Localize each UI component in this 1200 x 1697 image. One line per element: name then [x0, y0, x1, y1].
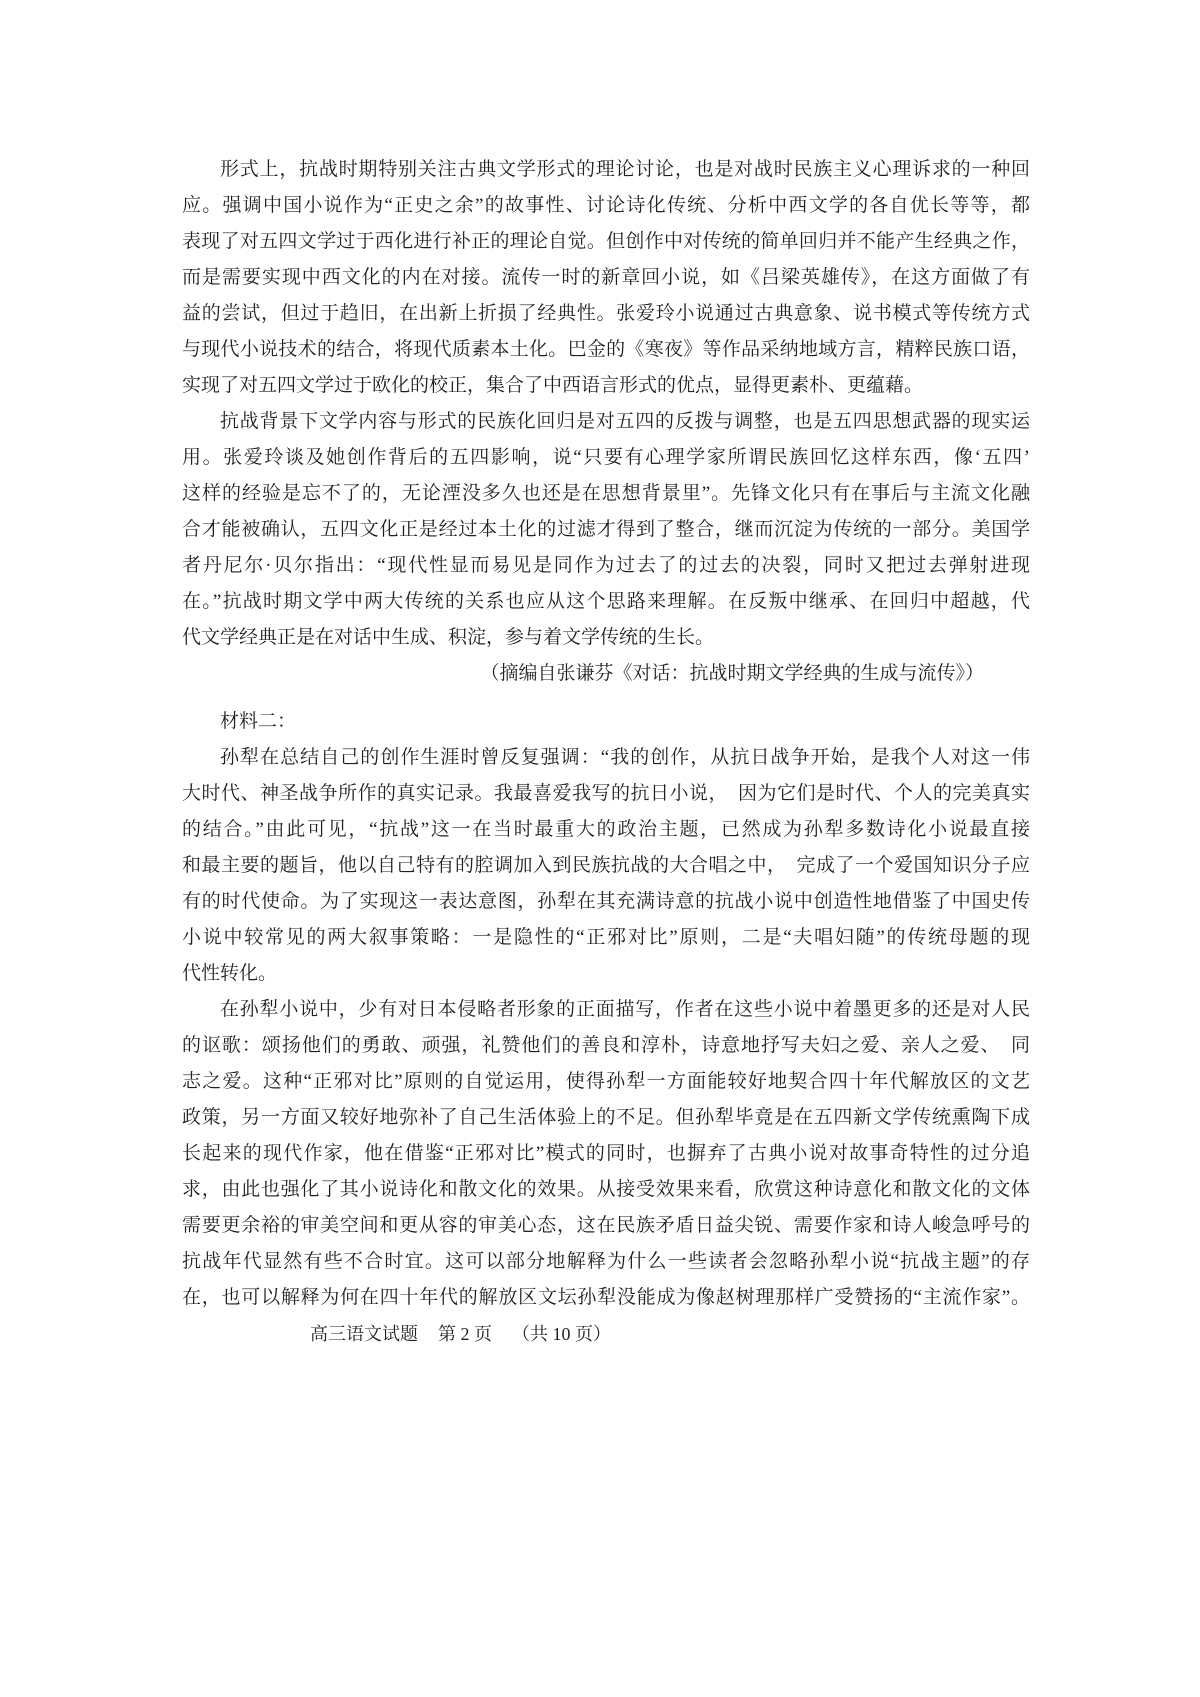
text-line: 实现了对五四文学过于欧化的校正，集合了中西语言形式的优点，显得更素朴、更蕴藉。: [182, 368, 1030, 404]
text-line: 求，由此也强化了其小说诗化和散文化的效果。从接受效果来看，欣赏这种诗意化和散文化…: [182, 1172, 1030, 1208]
text-line: 抗战年代显然有些不合时宜。这可以部分地解释为什么一些读者会忽略孙犁小说“抗战主题…: [182, 1244, 1030, 1280]
text-line: 和最主要的题旨，他以自己特有的腔调加入到民族抗战的大合唱之中， 完成了一个爱国知…: [182, 848, 1030, 884]
text-line: 志之爱。这种“正邪对比”原则的自觉运用，使得孙犁一方面能较好地契合四十年代解放区…: [182, 1064, 1030, 1100]
text-line: 大时代、神圣战争所作的真实记录。我最喜爱我写的抗日小说， 因为它们是时代、个人的…: [182, 776, 1030, 812]
text-line: 与现代小说技术的结合，将现代质素本土化。巴金的《寒夜》等作品采纳地域方言，精粹民…: [182, 332, 1030, 368]
document-body: 形式上，抗战时期特别关注古典文学形式的理论讨论，也是对战时民族主义心理诉求的一种…: [182, 152, 1030, 1316]
material-2-paragraph-2: 在孙犁小说中，少有对日本侵略者形象的正面描写，作者在这些小说中着墨更多的还是对人…: [182, 992, 1030, 1316]
text-line: 形式上，抗战时期特别关注古典文学形式的理论讨论，也是对战时民族主义心理诉求的一种…: [182, 152, 1030, 188]
footer-exam-title: 高三语文试题: [310, 1320, 418, 1348]
footer-page-number: 第 2 页: [438, 1320, 492, 1348]
footer-page-total: （共 10 页）: [512, 1320, 611, 1348]
text-line: 而是需要实现中西文化的内在对接。流传一时的新章回小说，如《吕梁英雄传》，在这方面…: [182, 260, 1030, 296]
text-line: 应。强调中国小说作为“正史之余”的故事性、讨论诗化传统、分析中西文学的各自优长等…: [182, 188, 1030, 224]
text-line: 这样的经验是忘不了的，无论湮没多久也还是在思想背景里”。先锋文化只有在事后与主流…: [182, 476, 1030, 512]
text-line: 用。张爱玲谈及她创作背后的五四影响，说“只要有心理学家所谓民族回忆这样东西，像‘…: [182, 440, 1030, 476]
exam-page: 形式上，抗战时期特别关注古典文学形式的理论讨论，也是对战时民族主义心理诉求的一种…: [0, 0, 1200, 1697]
text-line: 孙犁在总结自己的创作生涯时曾反复强调：“我的创作，从抗日战争开始，是我个人对这一…: [182, 740, 1030, 776]
text-line: 在。”抗战时期文学中两大传统的关系也应从这个思路来理解。在反叛中继承、在回归中超…: [182, 584, 1030, 620]
source-attribution: （摘编自张谦芬《对话：抗战时期文学经典的生成与流传》）: [182, 656, 1030, 692]
page-footer: 高三语文试题 第 2 页 （共 10 页）: [310, 1320, 611, 1348]
material-2-paragraph-1: 孙犁在总结自己的创作生涯时曾反复强调：“我的创作，从抗日战争开始，是我个人对这一…: [182, 740, 1030, 992]
text-line: 小说中较常见的两大叙事策略：一是隐性的“正邪对比”原则，二是“夫唱妇随”的传统母…: [182, 920, 1030, 956]
text-line: 者丹尼尔·贝尔指出：“现代性显而易见是同作为过去了的过去的决裂，同时又把过去弹射…: [182, 548, 1030, 584]
text-line: 表现了对五四文学过于西化进行补正的理论自觉。但创作中对传统的简单回归并不能产生经…: [182, 224, 1030, 260]
text-line: 的讴歌：颂扬他们的勇敢、顽强，礼赞他们的善良和淳朴，诗意地抒写夫妇之爱、亲人之爱…: [182, 1028, 1030, 1064]
text-line: 代性转化。: [182, 956, 1030, 992]
text-line: 在，也可以解释为何在四十年代的解放区文坛孙犁没能成为像赵树理那样广受赞扬的“主流…: [182, 1280, 1030, 1316]
text-line: 在孙犁小说中，少有对日本侵略者形象的正面描写，作者在这些小说中着墨更多的还是对人…: [182, 992, 1030, 1028]
text-line: 合才能被确认，五四文化正是经过本土化的过滤才得到了整合，继而沉淀为传统的一部分。…: [182, 512, 1030, 548]
text-line: 的结合。”由此可见，“抗战”这一在当时最重大的政治主题，已然成为孙犁多数诗化小说…: [182, 812, 1030, 848]
material-2-heading: 材料二：: [182, 704, 1030, 740]
material-1-paragraph-1: 形式上，抗战时期特别关注古典文学形式的理论讨论，也是对战时民族主义心理诉求的一种…: [182, 152, 1030, 404]
text-line: 政策，另一方面又较好地弥补了自己生活体验上的不足。但孙犁毕竟是在五四新文学传统熏…: [182, 1100, 1030, 1136]
text-line: 抗战背景下文学内容与形式的民族化回归是对五四的反拨与调整，也是五四思想武器的现实…: [182, 404, 1030, 440]
text-line: 代文学经典正是在对话中生成、积淀，参与着文学传统的生长。: [182, 620, 1030, 656]
text-line: 益的尝试，但过于趋旧，在出新上折损了经典性。张爱玲小说通过古典意象、说书模式等传…: [182, 296, 1030, 332]
material-1-paragraph-2: 抗战背景下文学内容与形式的民族化回归是对五四的反拨与调整，也是五四思想武器的现实…: [182, 404, 1030, 656]
text-line: 有的时代使命。为了实现这一表达意图，孙犁在其充满诗意的抗战小说中创造性地借鉴了中…: [182, 884, 1030, 920]
text-line: 需要更余裕的审美空间和更从容的审美心态，这在民族矛盾日益尖锐、需要作家和诗人峻急…: [182, 1208, 1030, 1244]
text-line: 长起来的现代作家，他在借鉴“正邪对比”模式的同时，也摒弃了古典小说对故事奇特性的…: [182, 1136, 1030, 1172]
